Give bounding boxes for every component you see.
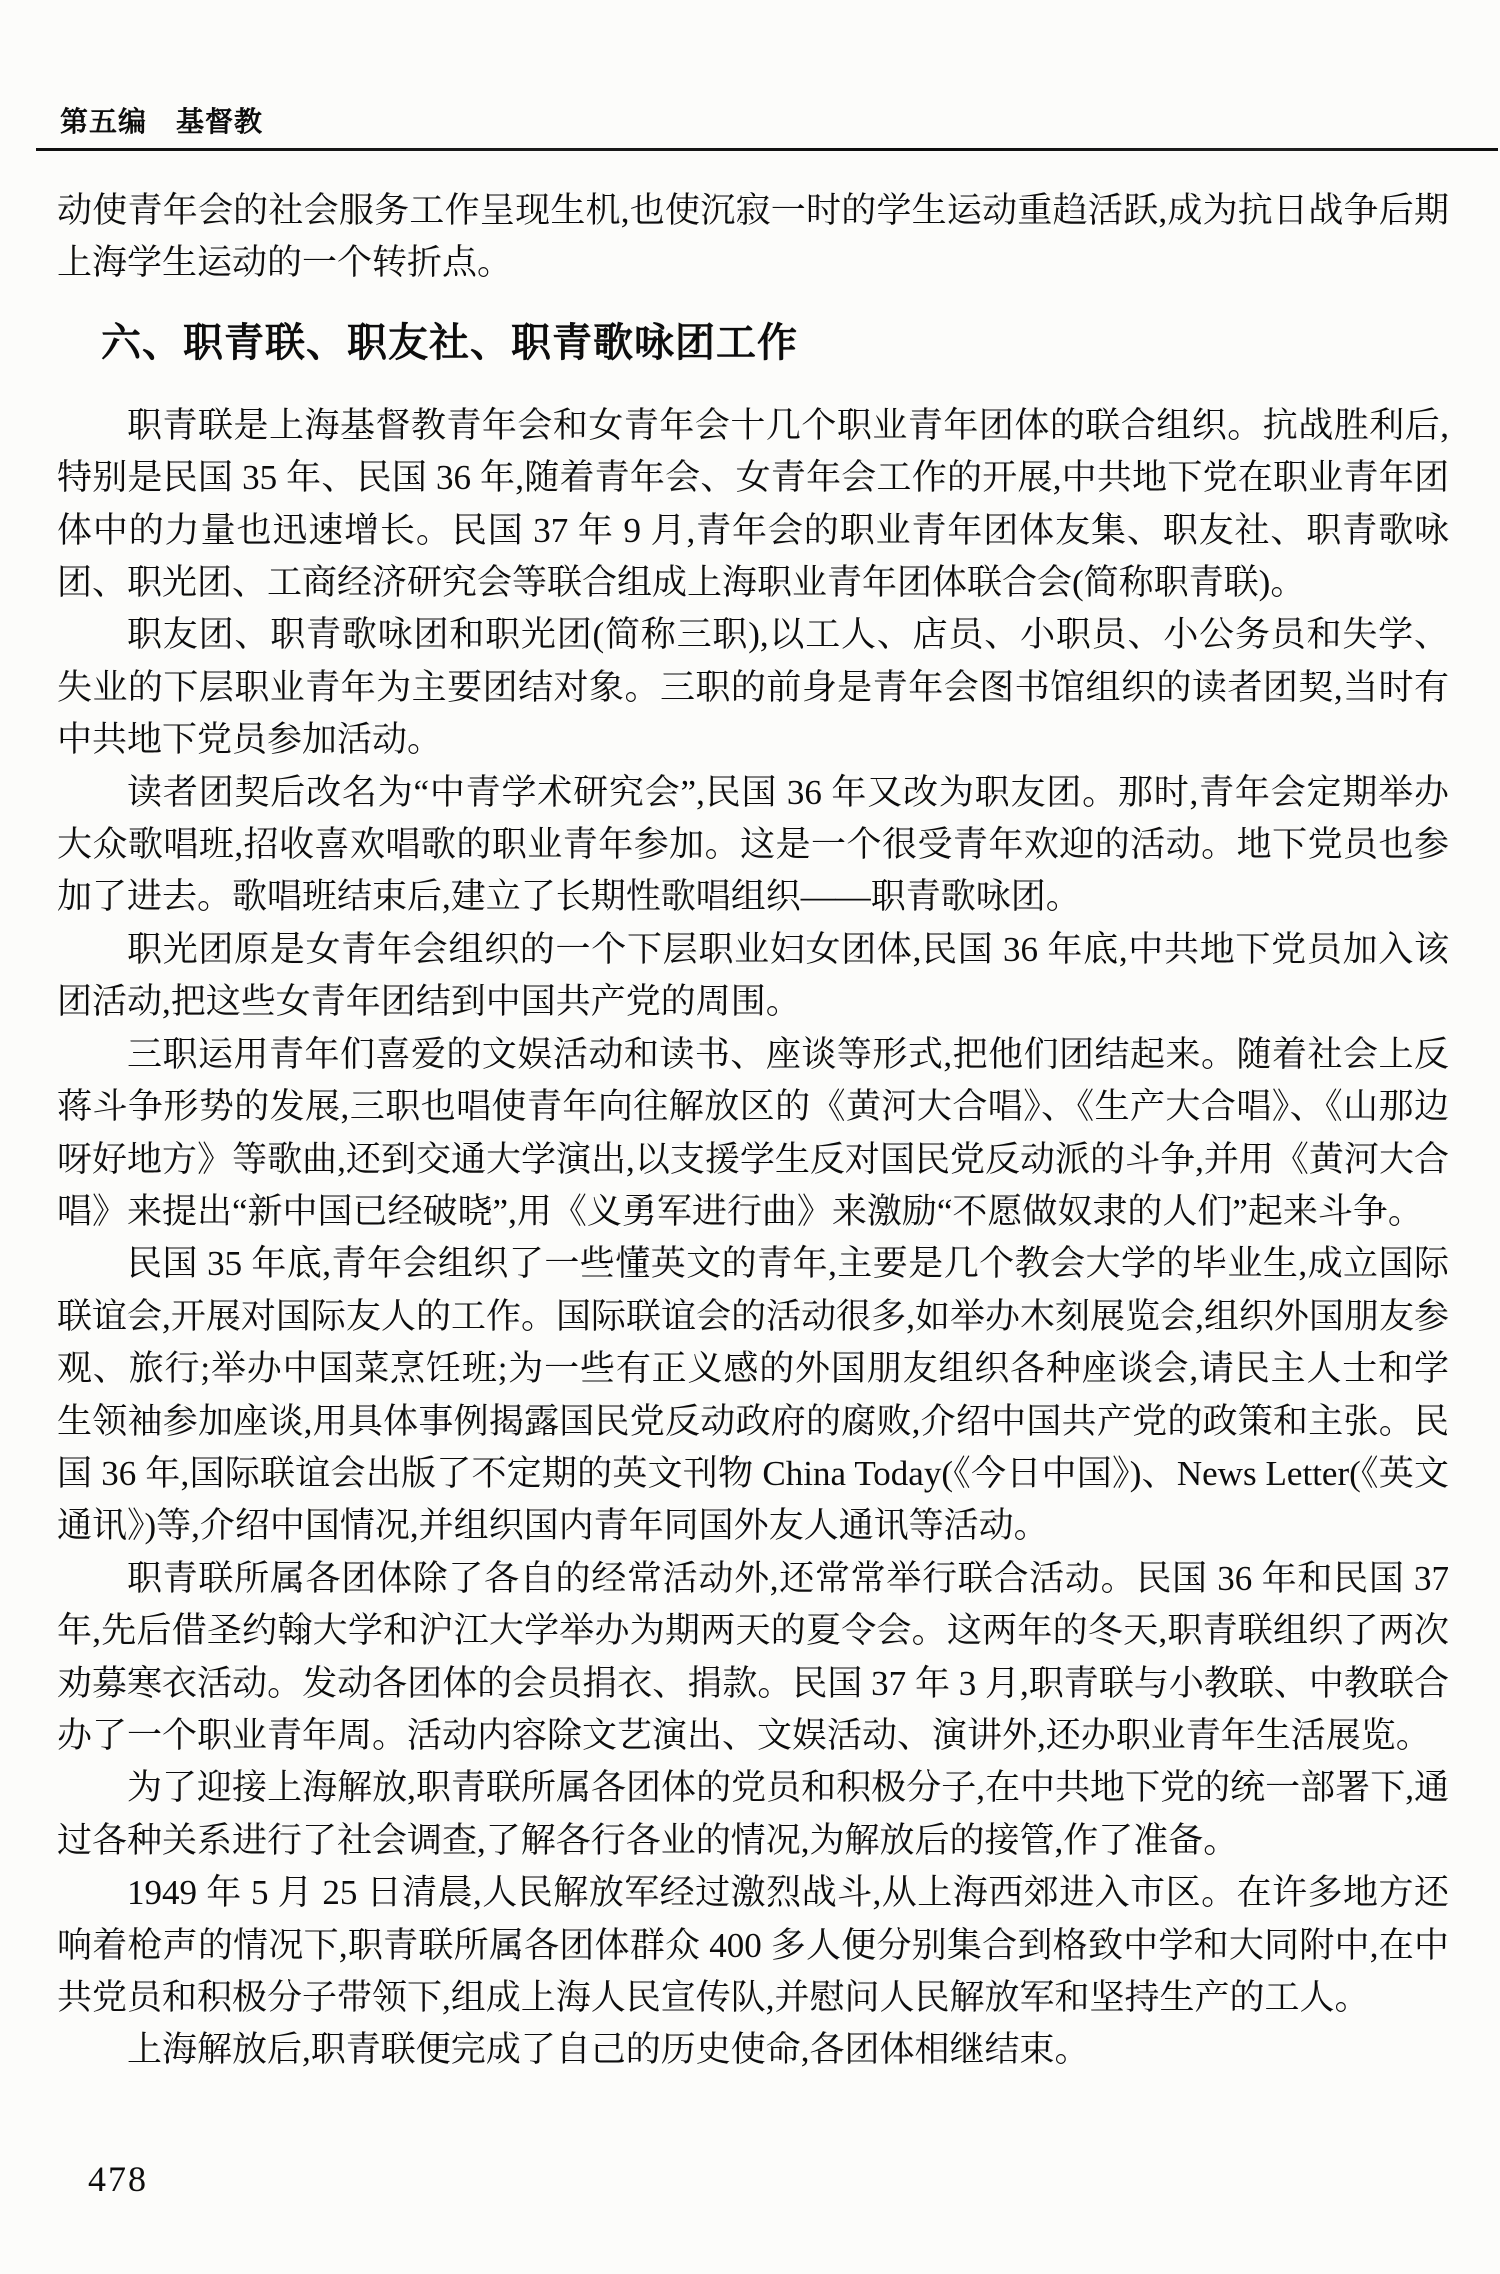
book-page: 第五编 基督教 动使青年会的社会服务工作呈现生机,也使沉寂一时的学生运动重趋活跃… — [0, 0, 1500, 2274]
paragraph-6: 民国 35 年底,青年会组织了一些懂英文的青年,主要是几个教会大学的毕业生,成立… — [57, 1238, 1449, 1552]
intro-paragraph: 动使青年会的社会服务工作呈现生机,也使沉寂一时的学生运动重趋活跃,成为抗日战争后… — [57, 185, 1449, 290]
paragraph-8: 为了迎接上海解放,职青联所属各团体的党员和积极分子,在中共地下党的统一部署下,通… — [57, 1762, 1449, 1867]
running-header: 第五编 基督教 — [60, 100, 263, 140]
section-heading: 六、职青联、职友社、职青歌咏团工作 — [101, 316, 1449, 370]
page-number: 478 — [88, 2158, 148, 2200]
paragraph-7: 职青联所属各团体除了各自的经常活动外,还常常举行联合活动。民国 36 年和民国 … — [57, 1553, 1449, 1763]
paragraph-9: 1949 年 5 月 25 日清晨,人民解放军经过激烈战斗,从上海西郊进入市区。… — [57, 1867, 1449, 2024]
paragraph-5: 三职运用青年们喜爱的文娱活动和读书、座谈等形式,把他们团结起来。随着社会上反蒋斗… — [57, 1029, 1449, 1239]
page-body: 动使青年会的社会服务工作呈现生机,也使沉寂一时的学生运动重趋活跃,成为抗日战争后… — [57, 185, 1449, 2077]
paragraph-4: 职光团原是女青年会组织的一个下层职业妇女团体,民国 36 年底,中共地下党员加入… — [57, 924, 1449, 1029]
header-divider — [36, 148, 1498, 151]
paragraph-10: 上海解放后,职青联便完成了自己的历史使命,各团体相继结束。 — [57, 2024, 1449, 2076]
paragraph-1: 职青联是上海基督教青年会和女青年会十几个职业青年团体的联合组织。抗战胜利后,特别… — [57, 400, 1449, 610]
paragraph-2: 职友团、职青歌咏团和职光团(简称三职),以工人、店员、小职员、小公务员和失学、失… — [57, 609, 1449, 766]
paragraph-3: 读者团契后改名为“中青学术研究会”,民国 36 年又改为职友团。那时,青年会定期… — [57, 767, 1449, 924]
